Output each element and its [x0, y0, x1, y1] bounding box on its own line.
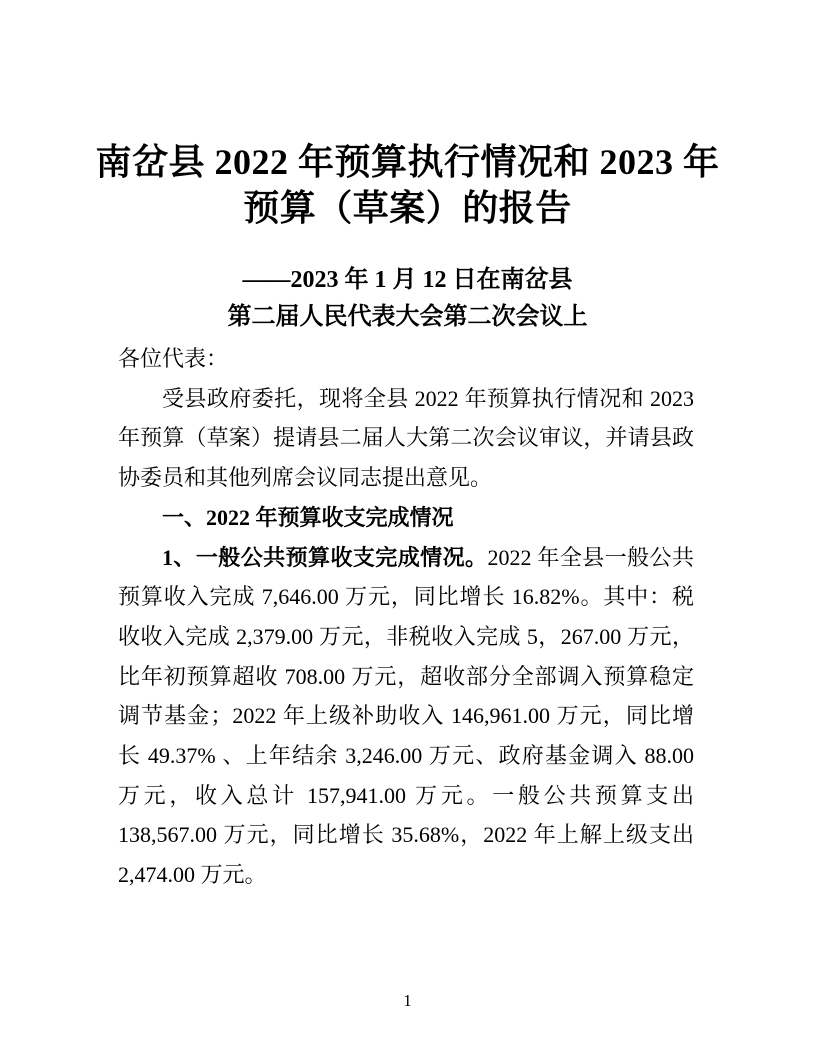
- section-heading: 一、2022 年预算收支完成情况: [118, 498, 694, 538]
- item-heading: 1、一般公共预算收支完成情况。: [162, 545, 487, 570]
- opening-paragraph: 受县政府委托，现将全县 2022 年预算执行情况和 2023 年预算（草案）提请…: [118, 379, 694, 498]
- document-page: 南岔县 2022 年预算执行情况和 2023 年 预算（草案）的报告 ——202…: [0, 0, 815, 1055]
- document-title: 南岔县 2022 年预算执行情况和 2023 年 预算（草案）的报告: [60, 139, 755, 231]
- item-body: 2022 年全县一般公共预算收入完成 7,646.00 万元，同比增长 16.8…: [118, 545, 694, 888]
- salutation: 各位代表：: [118, 339, 694, 379]
- budget-paragraph: 1、一般公共预算收支完成情况。2022 年全县一般公共预算收入完成 7,646.…: [118, 538, 694, 895]
- title-line-1: 南岔县 2022 年预算执行情况和 2023 年: [60, 139, 755, 185]
- subtitle-line-2: 第二届人民代表大会第二次会议上: [60, 299, 755, 336]
- document-body: 各位代表： 受县政府委托，现将全县 2022 年预算执行情况和 2023 年预算…: [118, 339, 694, 895]
- subtitle-line-1: ——2023 年 1 月 12 日在南岔县: [60, 262, 755, 299]
- document-subtitle: ——2023 年 1 月 12 日在南岔县 第二届人民代表大会第二次会议上: [60, 262, 755, 336]
- title-line-2: 预算（草案）的报告: [60, 185, 755, 231]
- page-number: 1: [0, 991, 815, 1011]
